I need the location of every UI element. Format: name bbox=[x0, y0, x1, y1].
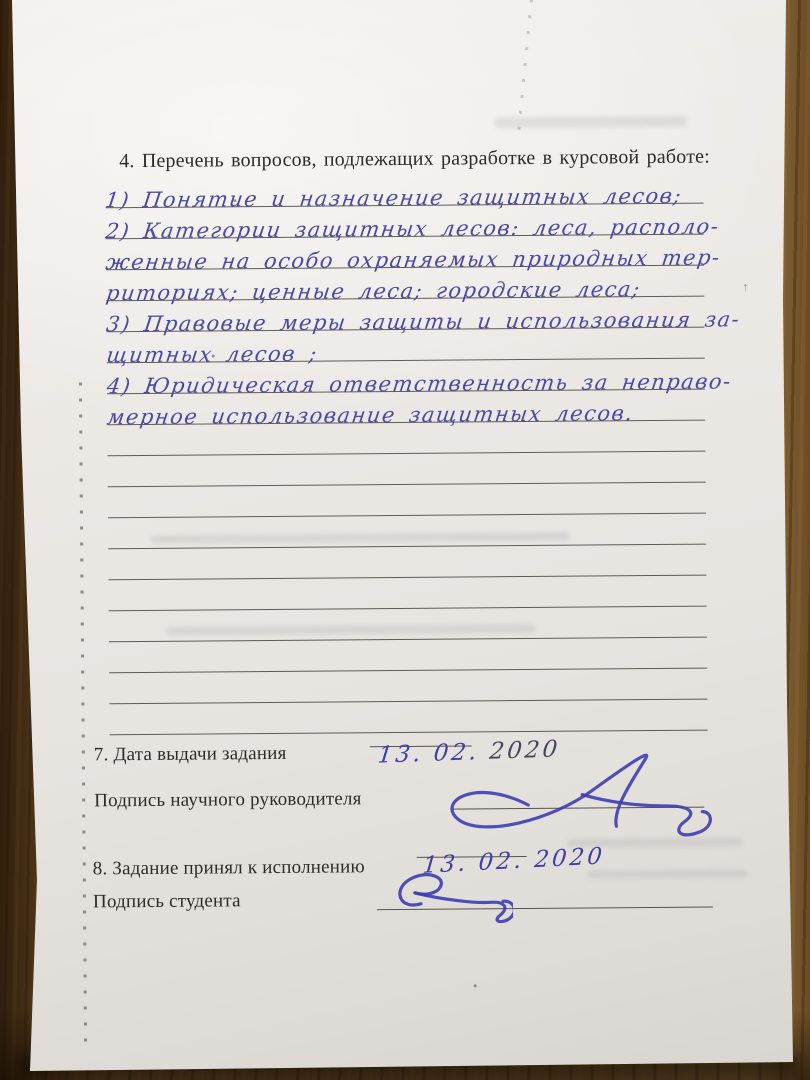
supervisor-signature-label: Подпись научного руководителя bbox=[94, 788, 362, 812]
student-signature-ink bbox=[387, 867, 513, 930]
ruled-line-blank bbox=[107, 452, 705, 488]
ruled-line-blank bbox=[109, 638, 707, 674]
ruled-line-blank bbox=[107, 421, 705, 457]
ruled-line-handwritten: 3) Правовые меры защиты и использования … bbox=[106, 297, 704, 333]
ruled-line-handwritten: 4) Юридическая ответственность за неправ… bbox=[107, 359, 705, 395]
ruled-line-blank bbox=[109, 700, 707, 736]
section7-label: 7. Дата выдачи задания bbox=[94, 743, 287, 767]
photo-of-assignment-form: ↑ 4. Перечень вопросов, подлежащих разра… bbox=[0, 0, 810, 1080]
bleed-through-mark bbox=[495, 116, 687, 129]
page-content: ↑ 4. Перечень вопросов, подлежащих разра… bbox=[0, 0, 810, 1080]
ruled-line-handwritten: 1) Понятие и назначение защитных лесов; bbox=[105, 173, 703, 209]
paper-speck bbox=[474, 984, 477, 987]
stray-pen-mark: ↑ bbox=[742, 279, 749, 295]
ruled-line-handwritten: риториях; ценные леса; городские леса; bbox=[106, 266, 704, 302]
ruled-line-blank bbox=[108, 576, 706, 612]
ruled-lines: 1) Понятие и назначение защитных лесов;2… bbox=[105, 173, 707, 736]
ruled-line-handwritten: мерное использование защитных лесов. bbox=[107, 390, 705, 426]
ruled-line-blank bbox=[109, 669, 707, 705]
accept-date-year: 2020 bbox=[533, 843, 606, 873]
ruled-line-blank bbox=[108, 483, 706, 519]
supervisor-signature-ink bbox=[430, 745, 723, 851]
student-signature-label: Подпись студента bbox=[93, 890, 241, 913]
perforation-dots bbox=[79, 382, 87, 1052]
ruled-line-handwritten: щитных лесов ; bbox=[107, 328, 705, 364]
ruled-line-handwritten: женные на особо охраняемых природных тер… bbox=[106, 235, 704, 271]
ruled-line-blank bbox=[109, 607, 707, 643]
section8-label: 8. Задание принял к исполнению bbox=[93, 856, 365, 880]
ruled-line-handwritten: 2) Категории защитных лесов: леса, распо… bbox=[106, 204, 704, 240]
section4-heading: 4. Перечень вопросов, подлежащих разрабо… bbox=[119, 146, 710, 174]
ruled-line-blank bbox=[108, 514, 706, 550]
bleed-through-mark bbox=[588, 869, 748, 878]
paper-sheet: ↑ 4. Перечень вопросов, подлежащих разра… bbox=[0, 0, 810, 1080]
ruled-line-blank bbox=[108, 545, 706, 581]
perforation-dots bbox=[517, 0, 533, 134]
